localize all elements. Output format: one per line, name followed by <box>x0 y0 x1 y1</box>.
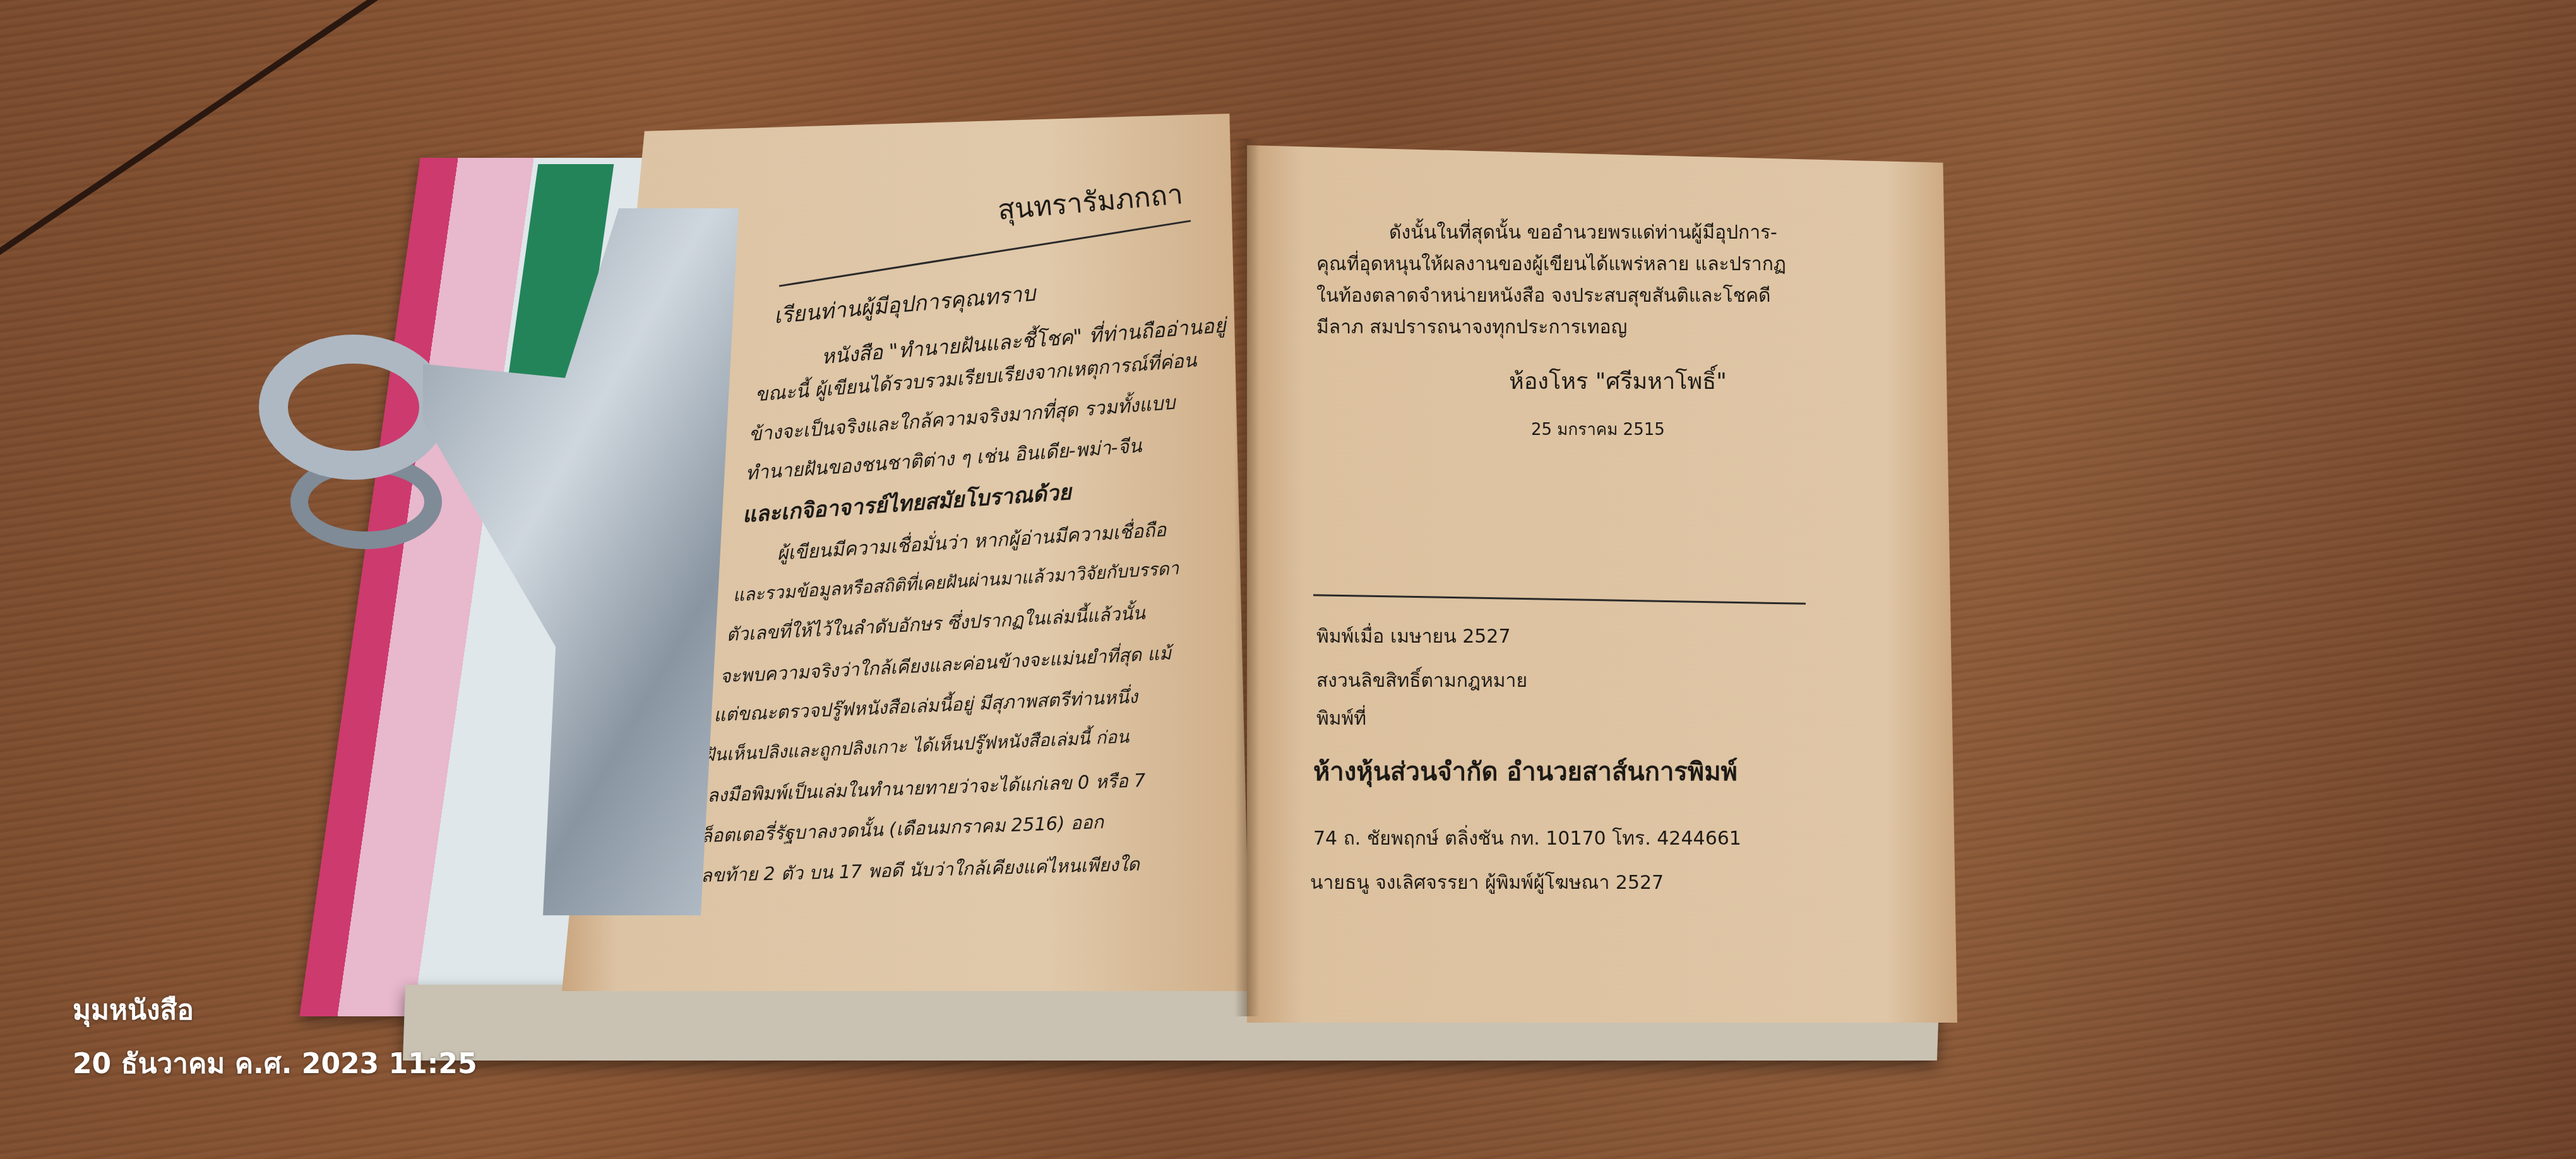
closing-line: มีลาภ สมปรารถนาจงทุกประการเทอญ <box>1316 312 1627 342</box>
copyright-notice: สงวนลิขสิทธิ์ตามกฎหมาย <box>1316 666 1527 696</box>
closing-line: คุณที่อุดหนุนให้ผลงานของผู้เขียนได้แพร่ห… <box>1316 249 1786 279</box>
clip-ring-handle <box>259 335 448 480</box>
signature-date: 25 มกราคม 2515 <box>1531 417 1665 443</box>
watermark-datetime: 20 ธันวาคม ค.ศ. 2023 11:25 <box>73 1042 477 1086</box>
clip-jaw <box>423 208 739 915</box>
book-spine-shadow <box>1234 139 1260 1016</box>
closing-line: ในท้องตลาดจำหน่ายหนังสือ จงประสบสุขสันติ… <box>1316 281 1771 311</box>
signature: ห้องโหร "ศรีมหาโพธิ์" <box>1509 363 1727 399</box>
watermark-location: มุมหนังสือ <box>73 988 194 1032</box>
bulldog-clip <box>259 189 739 922</box>
printer-address: 74 ถ. ชัยพฤกษ์ ตลิ่งชัน กท. 10170 โทร. 4… <box>1313 824 1741 853</box>
printer-name: ห้างหุ้นส่วนจำกัด อำนวยสาส์นการพิมพ์ <box>1313 751 1738 792</box>
printed-date: พิมพ์เมื่อ เมษายน 2527 <box>1316 622 1511 651</box>
printed-at-label: พิมพ์ที่ <box>1316 704 1366 734</box>
publisher-line: นายธนู จงเลิศจรรยา ผู้พิมพ์ผู้โฆษณา 2527 <box>1310 868 1664 898</box>
closing-line: ดังนั้นในที่สุดนั้น ขออำนวยพรแด่ท่านผู้ม… <box>1389 218 1777 247</box>
